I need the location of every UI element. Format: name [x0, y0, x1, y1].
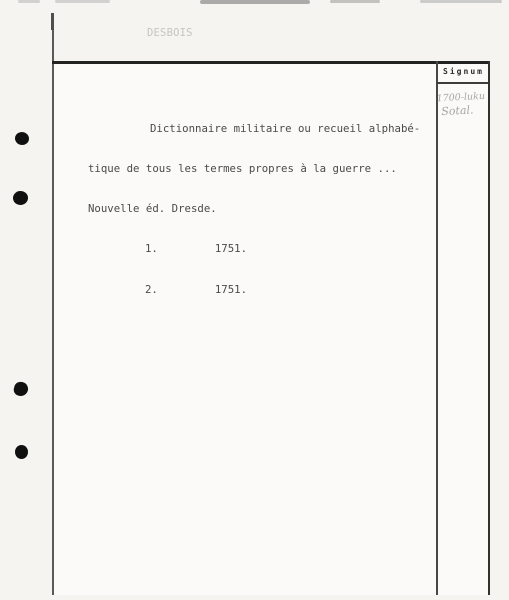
- card-rule-top: [52, 61, 490, 64]
- scan-artifact-smudge: [200, 0, 310, 4]
- edition-year: 1751.: [215, 242, 247, 255]
- punch-hole-mark: [12, 190, 28, 205]
- edition-row: 2.1751.: [88, 283, 420, 296]
- scan-artifact-smudge: [55, 0, 110, 3]
- scan-artifact-smudge: [330, 0, 380, 3]
- edition-number: 2.: [145, 283, 158, 296]
- punch-hole-mark: [14, 131, 30, 146]
- signum-header-underline: [437, 82, 488, 84]
- entry-title-line: tique de tous les termes propres à la gu…: [88, 162, 420, 175]
- edition-year: 1751.: [215, 283, 247, 296]
- signum-handwritten-note: 1700-luku Sotal.: [436, 91, 489, 119]
- edition-row: 1.1751.: [88, 242, 420, 255]
- signum-handwritten-line: Sotal.: [441, 103, 490, 118]
- entry-title-line: Nouvelle éd. Dresde.: [88, 202, 420, 215]
- entry-title-line: Dictionnaire militaire ou recueil alphab…: [88, 122, 420, 135]
- punch-hole-mark: [15, 445, 28, 459]
- scanned-catalog-card-page: DESBOIS Signum 1700-luku Sotal. Dictionn…: [0, 0, 509, 600]
- signum-header-label: Signum: [437, 67, 488, 76]
- card-heading: DESBOIS: [147, 27, 193, 39]
- card-border-left: [52, 13, 54, 595]
- edition-number: 1.: [145, 242, 158, 255]
- signum-column-left-border: [436, 61, 438, 595]
- scan-artifact-smudge: [18, 0, 40, 3]
- catalog-entry-text: Dictionnaire militaire ou recueil alphab…: [88, 95, 420, 323]
- card-border-left-cap: [51, 13, 54, 30]
- card-border-right: [488, 61, 490, 595]
- scan-artifact-smudge: [420, 0, 502, 3]
- punch-hole-mark: [12, 380, 29, 397]
